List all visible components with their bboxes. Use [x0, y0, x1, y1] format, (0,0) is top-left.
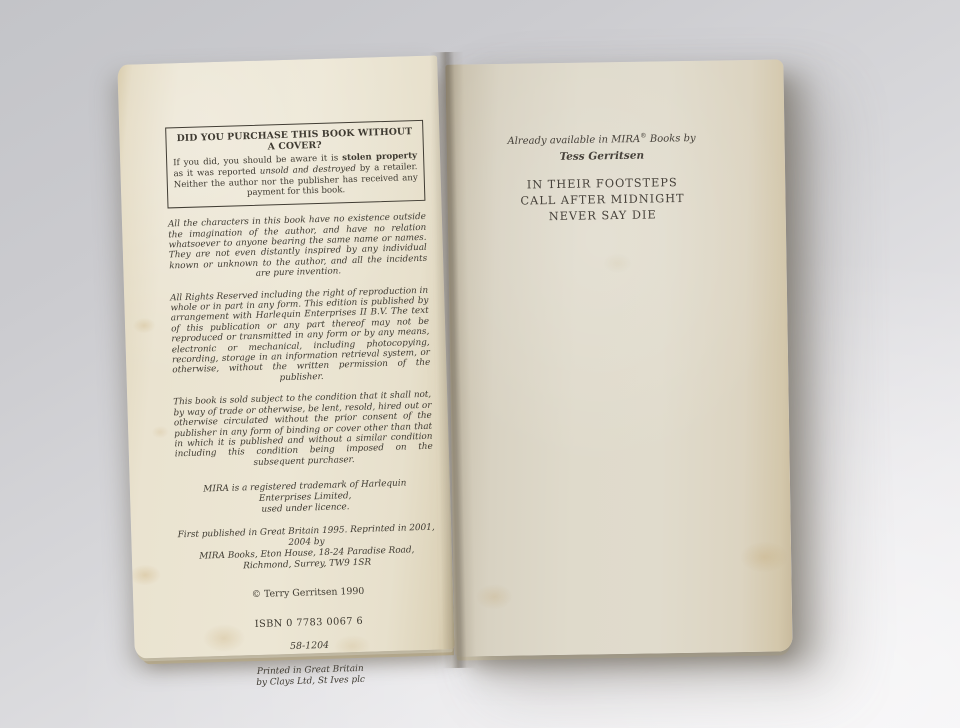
book-title: NEVER SAY DIE [472, 207, 734, 227]
also-available-prefix: Already available in MIRA [507, 134, 640, 147]
also-available-line: Already available in MIRA® Books by [470, 128, 732, 148]
open-paperback-book: DID YOU PURCHASE THIS BOOK WITHOUT A COV… [118, 48, 798, 676]
book-title-list: IN THEIR FOOTSTEPS CALL AFTER MIDNIGHT N… [471, 175, 734, 227]
left-page-content: DID YOU PURCHASE THIS BOOK WITHOUT A COV… [117, 55, 454, 658]
mira-trademark-note: MIRA is a registered trademark of Harleq… [176, 478, 435, 519]
right-page-content: Already available in MIRA® Books by Tess… [445, 59, 792, 656]
also-available-suffix: Books by [647, 133, 696, 145]
all-rights-reserved-paragraph: All Rights Reserved including the right … [170, 285, 431, 386]
sale-condition-paragraph: This book is sold subject to the conditi… [173, 390, 433, 470]
printer-credit: Printed in Great Britain by Clays Ltd, S… [181, 662, 440, 692]
author-name: Tess Gerritsen [471, 149, 733, 165]
isbn-number: ISBN 0 7783 0067 6 [180, 614, 438, 633]
cover-warning-body: If you did, you should be aware it is st… [173, 151, 418, 201]
printing-code: 58-1204 [180, 637, 438, 656]
copyright-notice: © Terry Gerritsen 1990 [179, 584, 437, 603]
characters-disclaimer-paragraph: All the characters in this book have no … [168, 212, 428, 282]
cover-warning-box: DID YOU PURCHASE THIS BOOK WITHOUT A COV… [165, 120, 425, 209]
publication-history: First published in Great Britain 1995. R… [177, 523, 436, 575]
left-page-copyright-page: DID YOU PURCHASE THIS BOOK WITHOUT A COV… [117, 55, 454, 658]
cover-warning-title: DID YOU PURCHASE THIS BOOK WITHOUT A COV… [172, 126, 417, 155]
right-page-also-by-page: Already available in MIRA® Books by Tess… [445, 59, 792, 656]
